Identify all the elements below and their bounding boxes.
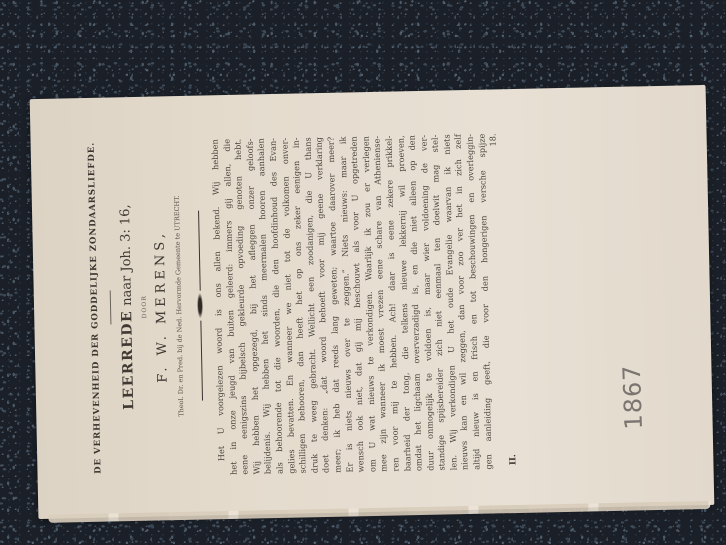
by-label: DOOR	[137, 127, 152, 487]
author-affiliation: Theol. Dr. en Pred. bij de Ned. Hervormd…	[171, 126, 187, 486]
ornament-divider	[195, 211, 205, 401]
handwritten-year: 1867	[618, 364, 648, 430]
sermon-title: LEERREDE naar Joh. 3: 16,	[115, 127, 139, 487]
ornament-flourish	[197, 293, 204, 319]
header-title: DE VERHEVENHEID DER GODDELIJKE ZONDAARSL…	[86, 128, 104, 488]
sermon-title-rest: naar Joh. 3: 16,	[118, 204, 135, 306]
ornament-line-left	[200, 321, 203, 401]
title-divider	[110, 290, 112, 324]
rotated-text-block: DE VERHEVENHEID DER GODDELIJKE ZONDAARSL…	[68, 116, 675, 488]
document-page: DE VERHEVENHEID DER GODDELIJKE ZONDAARSL…	[30, 85, 715, 519]
ornament-line-right	[198, 211, 201, 291]
sermon-body: Het U voorgelezen woord is ons allen bek…	[209, 119, 506, 485]
author-name: F. W. MERENS,	[150, 126, 173, 486]
sermon-title-bold: LEERREDE	[119, 310, 137, 410]
